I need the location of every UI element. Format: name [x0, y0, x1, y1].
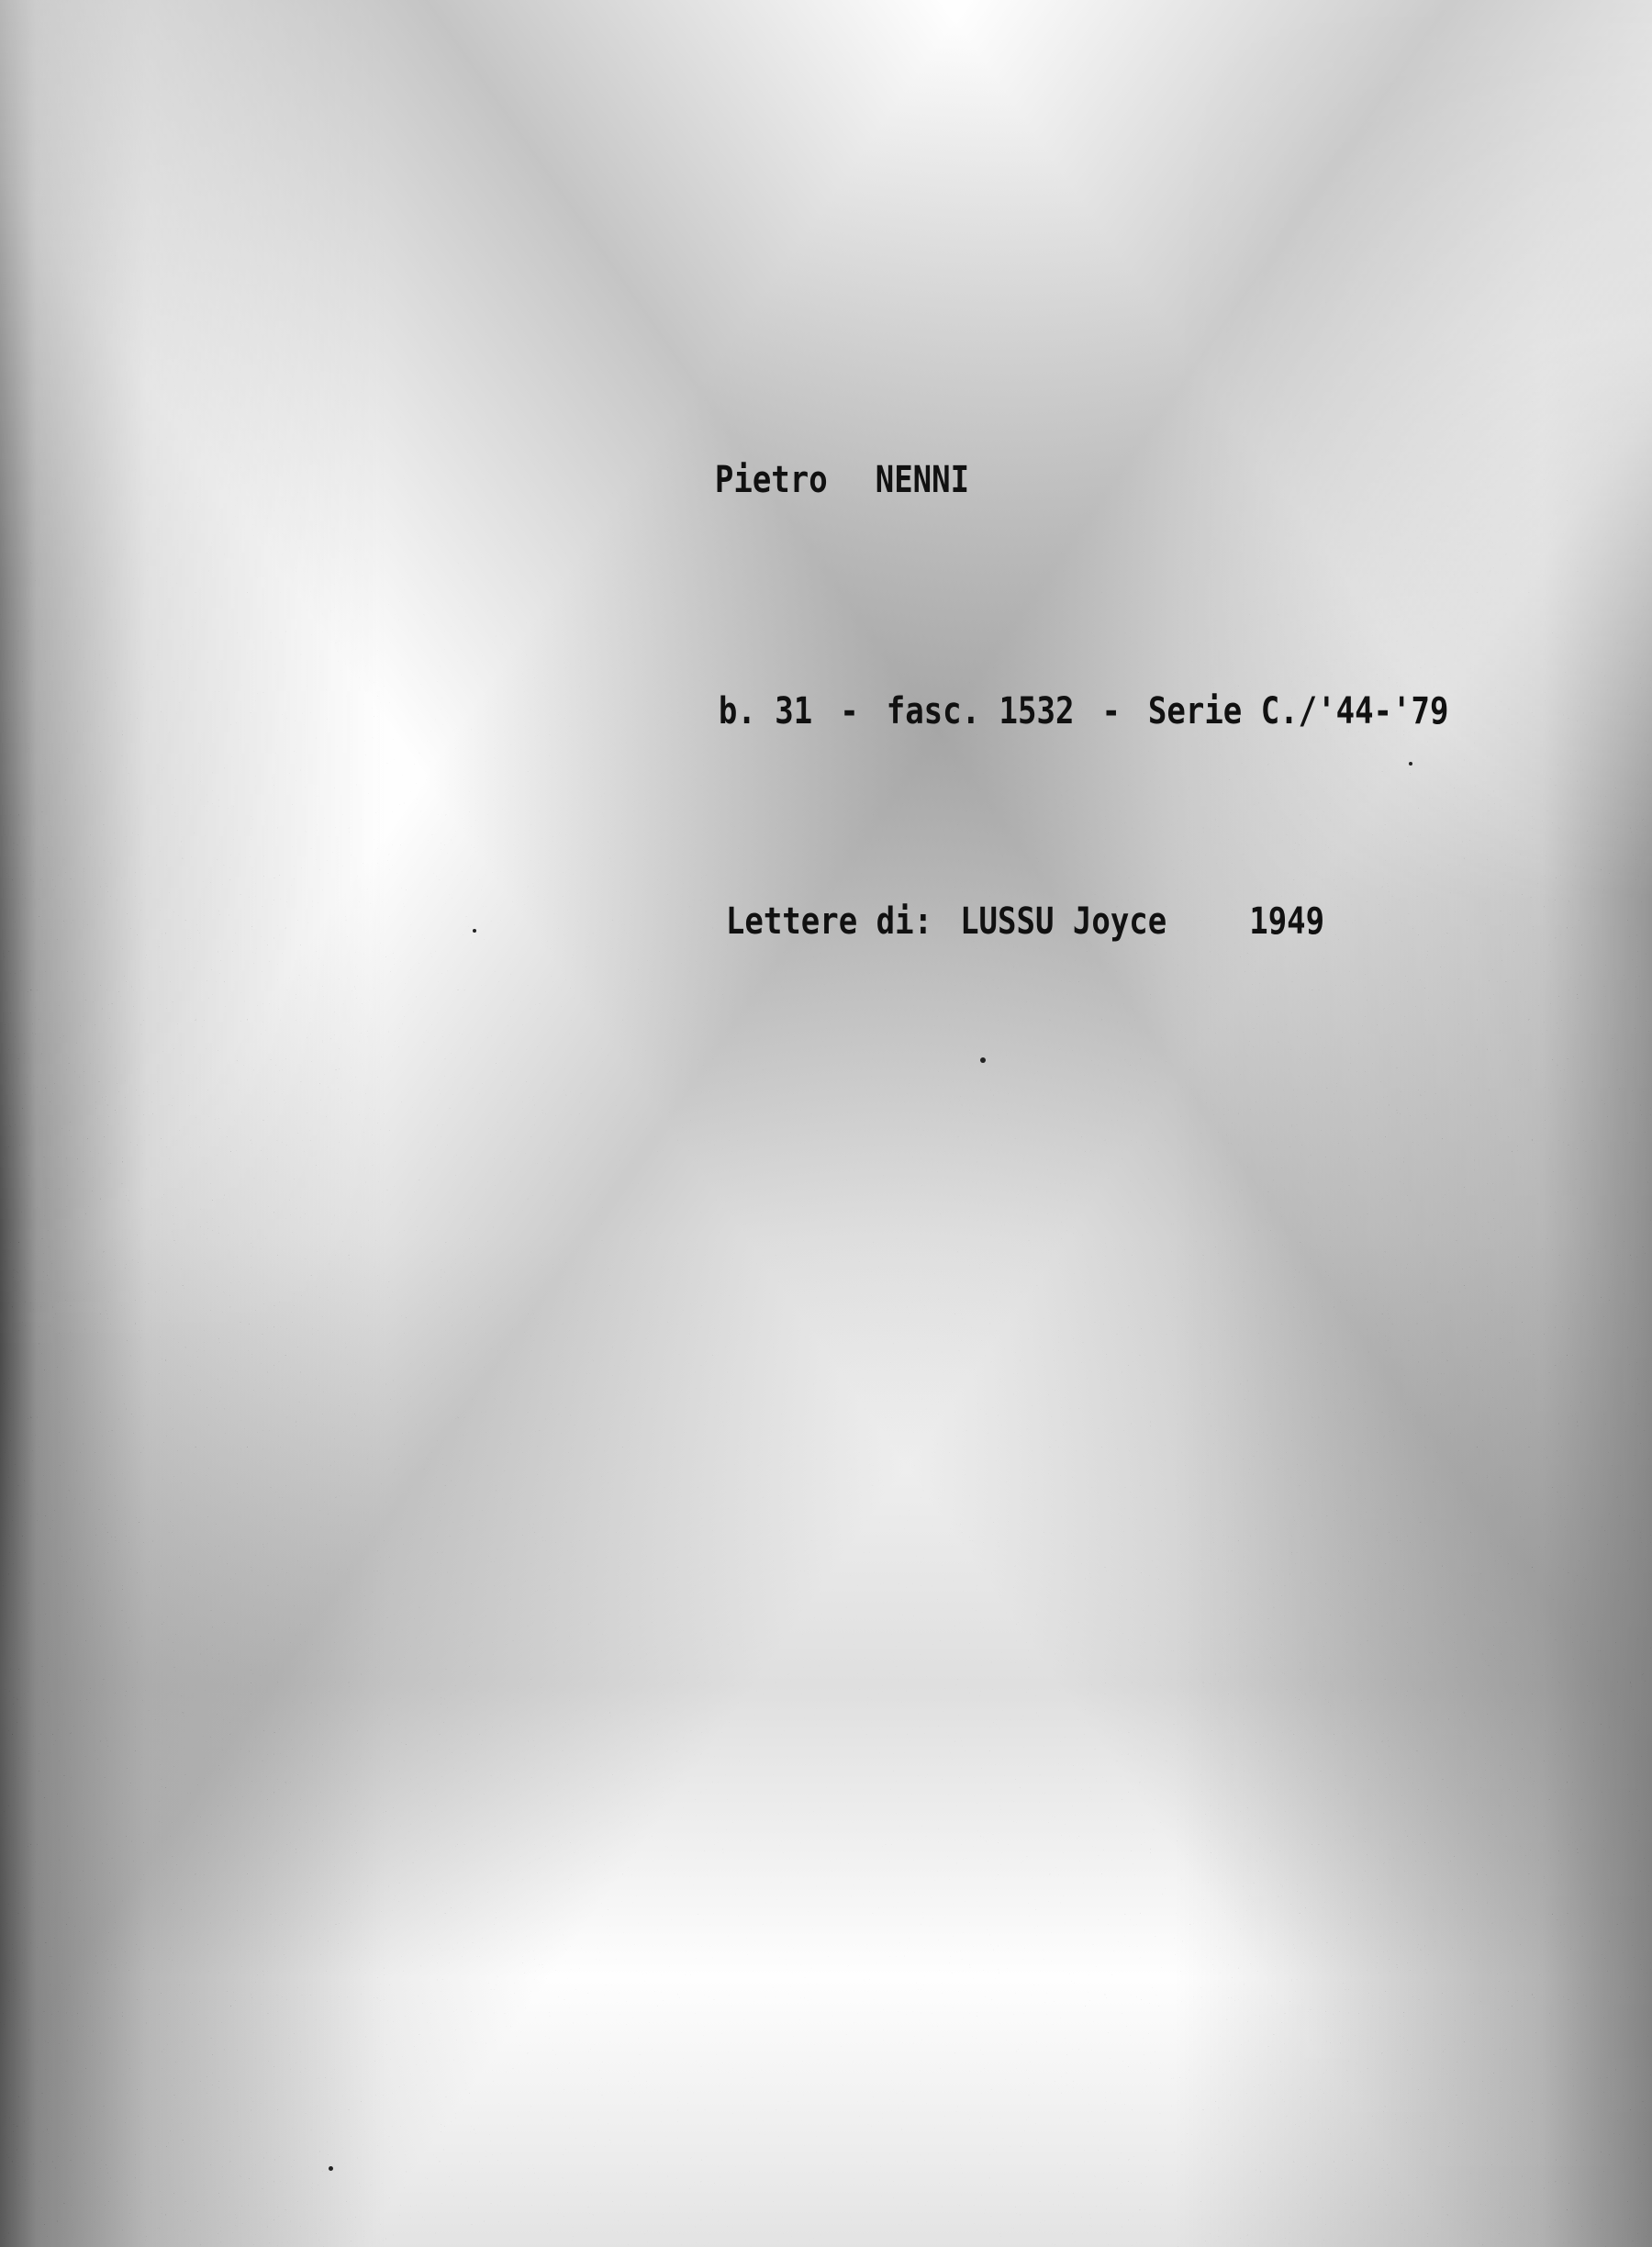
letters-label: Lettere di:	[726, 900, 932, 943]
ink-speck	[329, 2166, 333, 2171]
scanned-document-page: PietroNENNI b. 31-fasc. 1532-Serie C./'4…	[0, 0, 1652, 2247]
photocopy-grain	[0, 0, 1652, 2247]
toner-shading-diagonal-right	[0, 0, 1652, 2247]
toner-shading-bottom	[0, 0, 1652, 2247]
letters-line: Lettere di:LUSSU Joyce1949	[651, 856, 1324, 987]
separator: -	[840, 689, 858, 732]
ink-speck	[980, 1057, 986, 1063]
ink-speck	[473, 929, 476, 933]
separator: -	[1101, 689, 1120, 732]
fascicolo-number: fasc. 1532	[887, 689, 1075, 732]
letters-year: 1949	[1249, 900, 1324, 943]
letters-author: LUSSU Joyce	[960, 900, 1166, 943]
ink-speck	[1409, 762, 1412, 766]
archival-reference: b. 31-fasc. 1532-Serie C./'44-'79	[643, 646, 1448, 777]
toner-shading-right	[0, 0, 1652, 2247]
toner-shading-diagonal-left	[0, 0, 1652, 2247]
heading-surname: NENNI	[876, 458, 969, 501]
toner-shading-left	[0, 0, 1652, 2247]
heading-first-name: Pietro	[715, 458, 828, 501]
document-heading: PietroNENNI	[640, 415, 969, 545]
serie-label: Serie C./'44-'79	[1148, 689, 1449, 732]
busta-number: b. 31	[719, 689, 812, 732]
